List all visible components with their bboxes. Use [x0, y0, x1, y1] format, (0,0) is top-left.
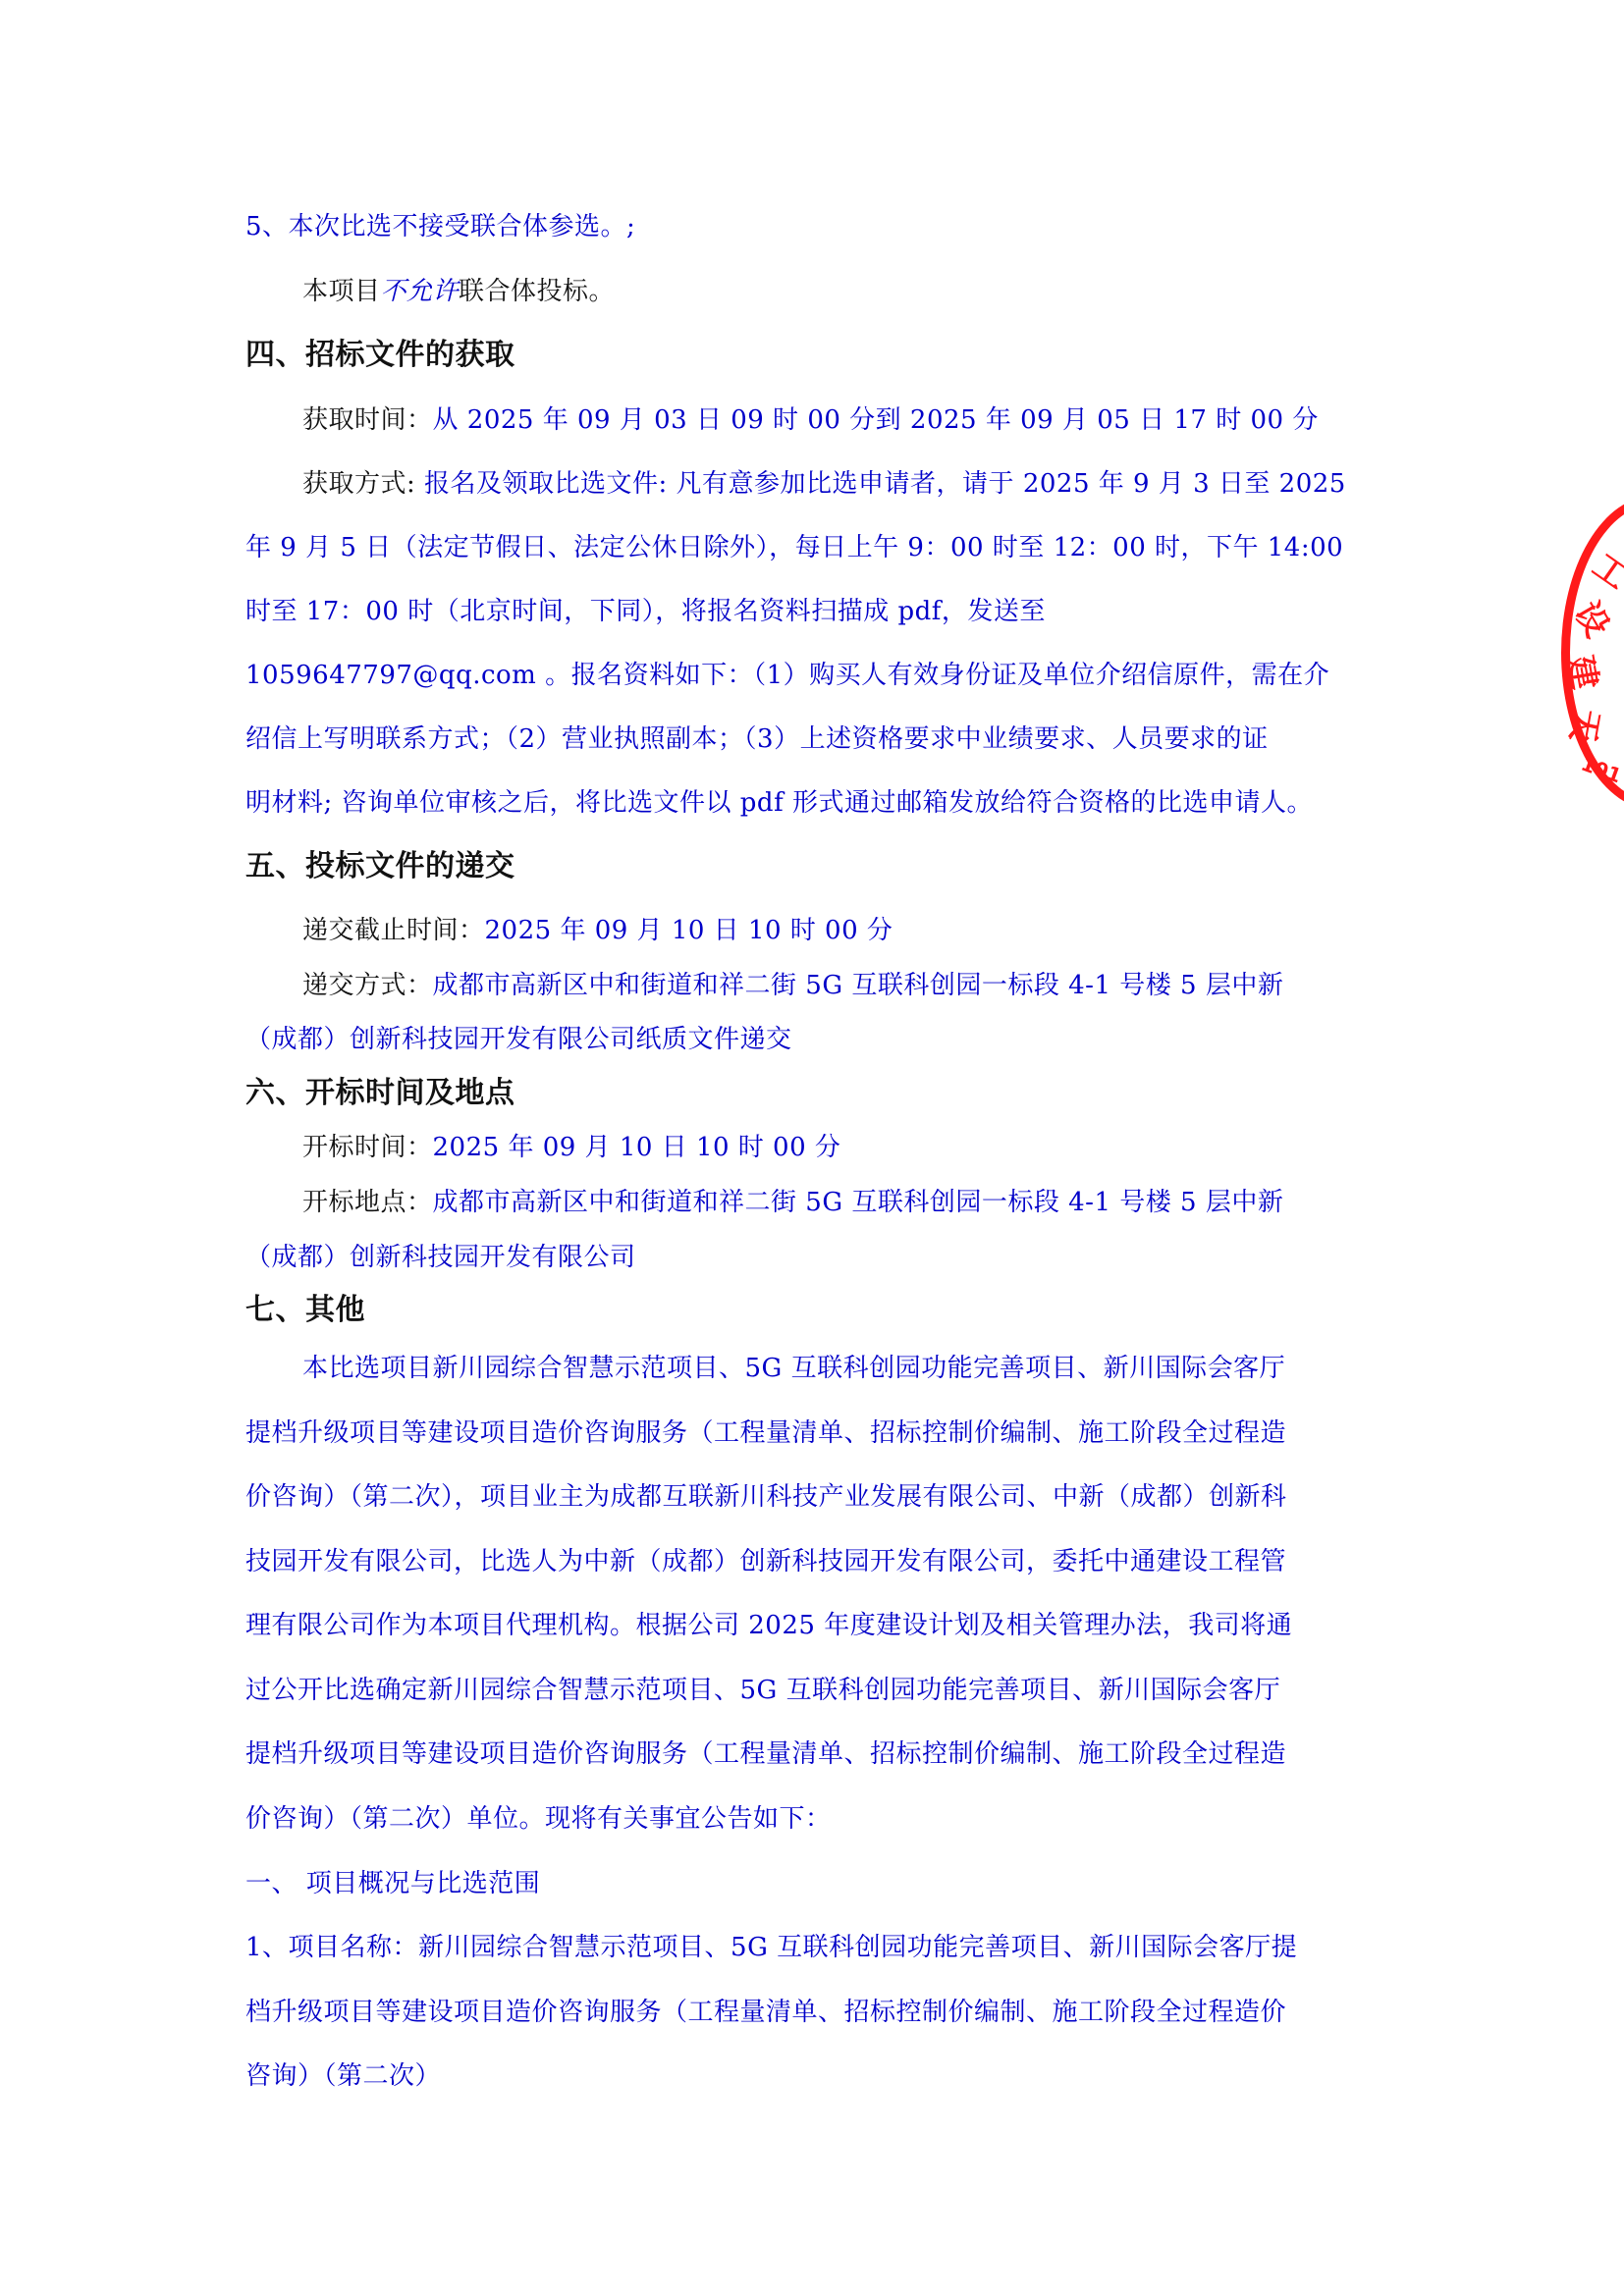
submission-deadline: 递交截止时间：2025 年 09 月 10 日 10 时 00 分 [302, 914, 893, 947]
section-5-heading: 五、投标文件的递交 [245, 850, 515, 883]
opening-time: 开标时间：2025 年 09 月 10 日 10 时 00 分 [302, 1131, 840, 1164]
project-name-line-3: 咨询）（第二次） [245, 2059, 441, 2093]
other-paragraph-line-5: 理有限公司作为本项目代理机构。根据公司 2025 年度建设计划及相关管理办法，我… [245, 1609, 1292, 1642]
submission-method-label: 递交方式： [302, 971, 433, 1000]
other-paragraph-line-1: 本比选项目新川园综合智慧示范项目、5G 互联科创园功能完善项目、新川国际会客厅 [302, 1352, 1285, 1385]
acquisition-method-line-4: 1059647797@qq.com 。报名资料如下：（1）购买人有效身份证及单位… [245, 659, 1329, 692]
item-5-text: 5、本次比选不接受联合体参选。; [245, 210, 635, 243]
other-paragraph-line-6: 过公开比选确定新川园综合智慧示范项目、5G 互联科创园功能完善项目、新川国际会客… [245, 1674, 1280, 1707]
acquisition-time-label: 获取时间： [302, 405, 433, 435]
submission-deadline-value: 2025 年 09 月 10 日 10 时 00 分 [485, 916, 893, 945]
acquisition-method-line-2: 年 9 月 5 日（法定节假日、法定公休日除外），每日上午 9：00 时至 12… [245, 531, 1343, 564]
other-paragraph-line-4: 技园开发有限公司，比选人为中新（成都）创新科技园开发有限公司，委托中通建设工程管 [245, 1545, 1286, 1578]
acquisition-time: 获取时间：从 2025 年 09 月 03 日 09 时 00 分到 2025 … [302, 403, 1319, 437]
submission-deadline-label: 递交截止时间： [302, 916, 485, 945]
acquisition-method-line-5: 绍信上写明联系方式；（2）营业执照副本；（3）上述资格要求中业绩要求、人员要求的… [245, 722, 1269, 756]
opening-place-text: 成都市高新区中和街道和祥二街 5G 互联科创园一标段 4-1 号楼 5 层中新 [433, 1188, 1284, 1217]
project-name-line-2: 档升级项目等建设项目造价咨询服务（工程量清单、招标控制价编制、施工阶段全过程造价 [245, 1996, 1286, 2029]
opening-place-line-2: （成都）创新科技园开发有限公司 [245, 1241, 636, 1274]
project-overview-heading: 一、 项目概况与比选范围 [245, 1867, 540, 1900]
submission-method-line-1: 递交方式：成都市高新区中和街道和祥二街 5G 互联科创园一标段 4-1 号楼 5… [302, 969, 1283, 1002]
consortium-suffix: 联合体投标。 [459, 277, 615, 306]
project-name-line-1: 1、项目名称：新川园综合智慧示范项目、5G 互联科创园功能完善项目、新川国际会客… [245, 1931, 1297, 1964]
submission-method-line-2: （成都）创新科技园开发有限公司纸质文件递交 [245, 1023, 792, 1056]
acquisition-method-line-3: 时至 17：00 时（北京时间，下同），将报名资料扫描成 pdf，发送至 [245, 595, 1046, 628]
document-page: 5、本次比选不接受联合体参选。; 本项目不允许联合体投标。 四、招标文件的获取 … [0, 0, 1624, 2296]
consortium-prefix: 本项目 [302, 277, 381, 306]
section-7-heading: 七、其他 [245, 1294, 365, 1327]
acquisition-method-line-1: 获取方式: 报名及领取比选文件: 凡有意参加比选申请者，请于 2025 年 9 … [302, 467, 1346, 501]
section-6-heading: 六、开标时间及地点 [245, 1077, 515, 1110]
opening-time-value: 2025 年 09 月 10 日 10 时 00 分 [433, 1133, 841, 1162]
other-paragraph-line-3: 价咨询）（第二次），项目业主为成都互联新川科技产业发展有限公司、中新（成都）创新… [245, 1480, 1287, 1514]
acquisition-method-label: 获取方式: [302, 469, 415, 499]
opening-time-label: 开标时间： [302, 1133, 433, 1162]
consortium-highlight: 不允许 [381, 277, 460, 306]
acquisition-time-value: 从 2025 年 09 月 03 日 09 时 00 分到 2025 年 09 … [433, 405, 1319, 435]
acquisition-method-line-6: 明材料; 咨询单位审核之后，将比选文件以 pdf 形式通过邮箱发放给符合资格的比… [245, 786, 1313, 820]
opening-place-line-1: 开标地点：成都市高新区中和街道和祥二街 5G 互联科创园一标段 4-1 号楼 5… [302, 1186, 1283, 1219]
consortium-statement: 本项目不允许联合体投标。 [302, 275, 615, 308]
other-paragraph-line-7: 提档升级项目等建设项目造价咨询服务（工程量清单、招标控制价编制、施工阶段全过程造 [245, 1737, 1286, 1771]
section-4-heading: 四、招标文件的获取 [245, 339, 515, 372]
stamp-char: 天 [1561, 706, 1614, 747]
opening-place-label: 开标地点： [302, 1188, 433, 1217]
acquisition-method-text: 报名及领取比选文件: 凡有意参加比选申请者，请于 2025 年 9 月 3 日至… [415, 469, 1346, 499]
submission-method-text: 成都市高新区中和街道和祥二街 5G 互联科创园一标段 4-1 号楼 5 层中新 [433, 971, 1284, 1000]
other-paragraph-line-2: 提档升级项目等建设项目造价咨询服务（工程量清单、招标控制价编制、施工阶段全过程造 [245, 1416, 1286, 1450]
other-paragraph-line-8: 价咨询）（第二次）单位。现将有关事宜公告如下： [245, 1802, 832, 1836]
